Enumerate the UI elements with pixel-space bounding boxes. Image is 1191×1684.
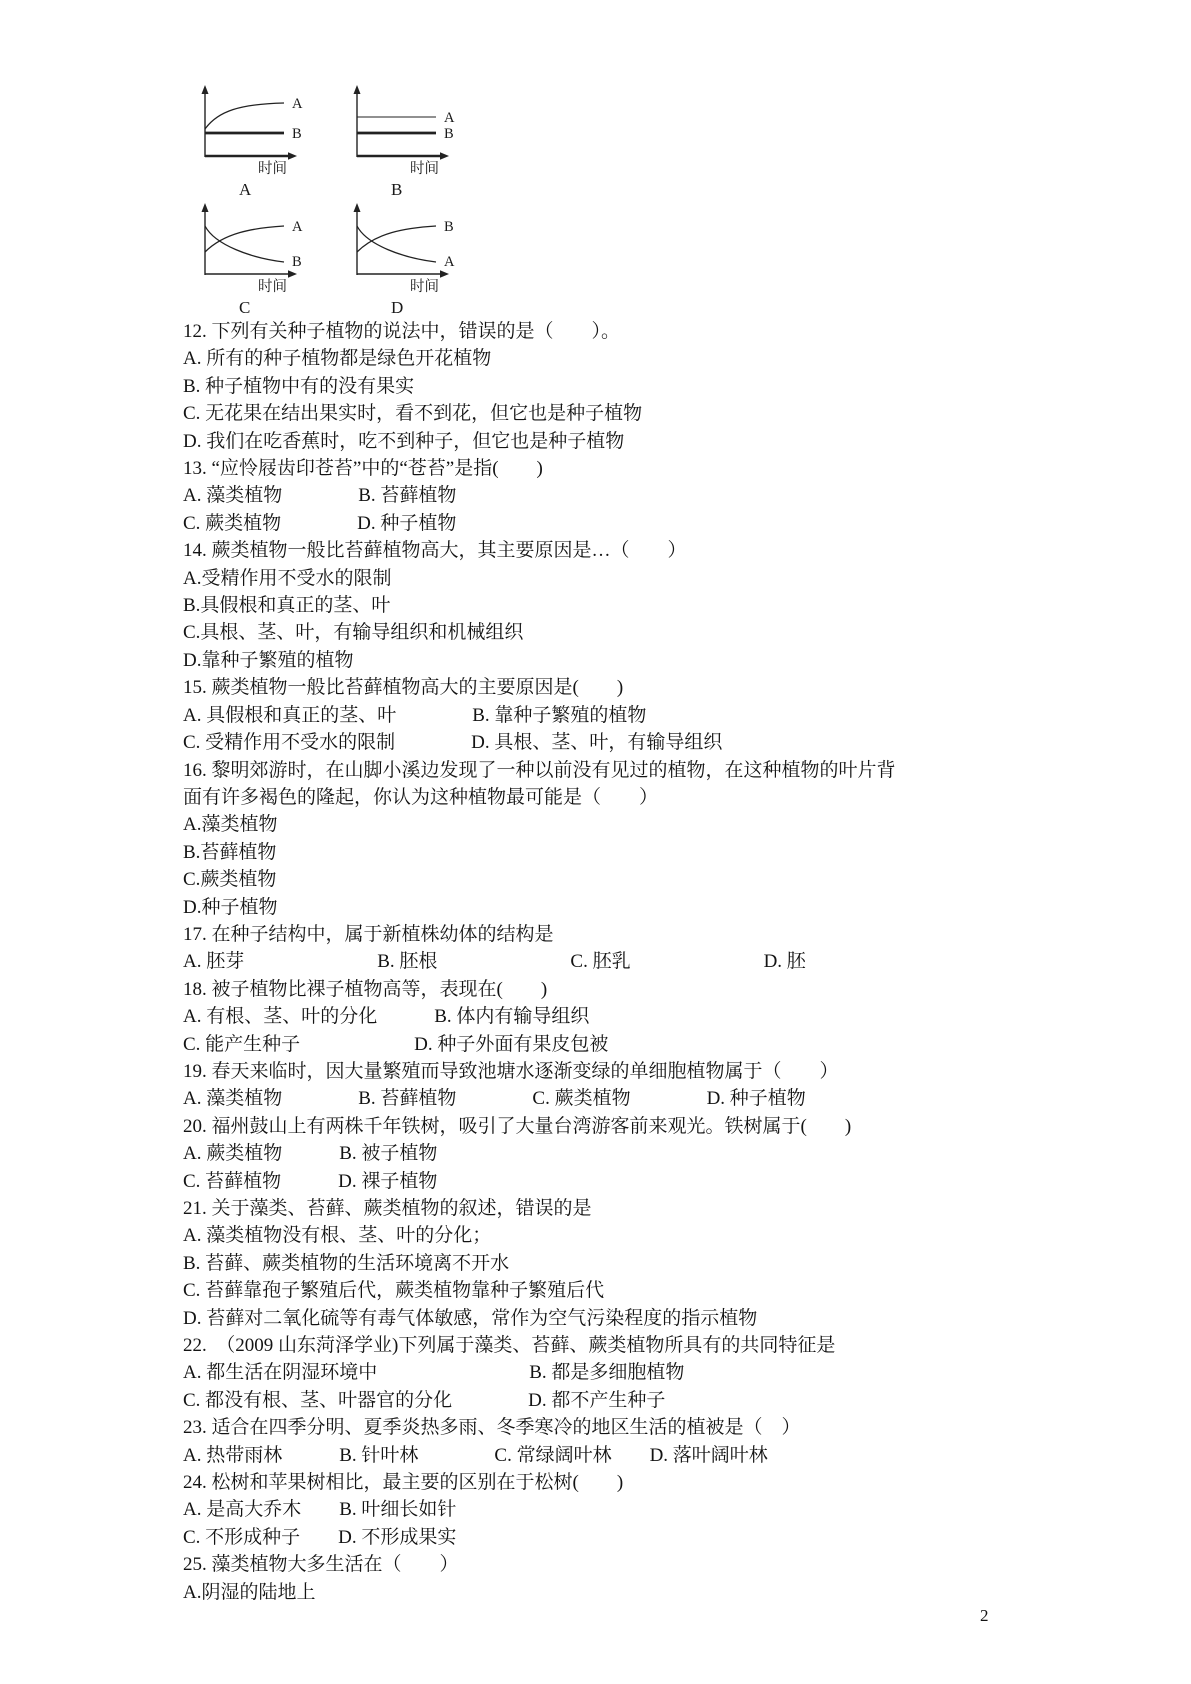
x-axis-arrow [440, 270, 449, 278]
option-line: C. 能产生种子 D. 种子外面有果皮包被 [183, 1031, 1023, 1058]
graph-letter: D [391, 298, 403, 317]
x-axis-label: 时间 [410, 278, 439, 295]
option-line: A. 蕨类植物 B. 被子植物 [183, 1140, 1023, 1167]
option-line: A. 胚芽 B. 胚根 C. 胚乳 D. 胚 [183, 948, 1023, 975]
option-line: A.阴湿的陆地上 [183, 1579, 1023, 1606]
question-15: 15. 蕨类植物一般比苔藓植物高大的主要原因是( ) A. 具假根和真正的茎、叶… [183, 674, 1023, 756]
question-18: 18. 被子植物比裸子植物高等，表现在( ) A. 有根、茎、叶的分化 B. 体… [183, 976, 1023, 1058]
question-stem: 17. 在种子结构中，属于新植株幼体的结构是 [183, 921, 1023, 948]
option-line: D.靠种子繁殖的植物 [183, 647, 1023, 674]
question-stem: 21. 关于藻类、苔藓、蕨类植物的叙述，错误的是 [183, 1195, 1023, 1222]
question-14: 14. 蕨类植物一般比苔藓植物高大，其主要原因是…（ ） A.受精作用不受水的限… [183, 537, 1023, 674]
curve-label: B [444, 219, 454, 235]
x-axis-arrow [288, 152, 297, 160]
figure-row-bottom: A B 时间 C B A 时间 D [196, 201, 500, 319]
option-line: A. 都生活在阴湿环境中 B. 都是多细胞植物 [183, 1359, 1023, 1386]
curve-label: B [292, 126, 302, 142]
question-stem: 19. 春天来临时，因大量繁殖而导致池塘水逐渐变绿的单细胞植物属于（ ） [183, 1058, 1023, 1085]
curve-label: B [292, 254, 302, 270]
curve-label: B [444, 126, 454, 142]
question-23: 23. 适合在四季分明、夏季炎热多雨、冬季寒冷的地区生活的植被是（ ） A. 热… [183, 1414, 1023, 1469]
option-line: A.受精作用不受水的限制 [183, 565, 1023, 592]
option-line: B.具假根和真正的茎、叶 [183, 592, 1023, 619]
curve-label: A [444, 110, 455, 126]
question-25: 25. 藻类植物大多生活在（ ） A.阴湿的陆地上 [183, 1551, 1023, 1606]
option-line: A. 藻类植物 B. 苔藓植物 C. 蕨类植物 D. 种子植物 [183, 1085, 1023, 1112]
option-line: A. 有根、茎、叶的分化 B. 体内有输导组织 [183, 1003, 1023, 1030]
growth-graph-c: A B 时间 C [196, 201, 311, 319]
curve-label: A [292, 96, 303, 112]
option-line: C.蕨类植物 [183, 866, 1023, 893]
option-line: B.苔藓植物 [183, 839, 1023, 866]
graph-letter: C [239, 298, 250, 317]
option-line: C. 苔藓靠孢子繁殖后代，蕨类植物靠种子繁殖后代 [183, 1277, 1023, 1304]
option-line: A. 藻类植物 B. 苔藓植物 [183, 482, 1023, 509]
curve-label: A [292, 219, 303, 235]
option-line: D. 苔藓对二氧化硫等有毒气体敏感，常作为空气污染程度的指示植物 [183, 1305, 1023, 1332]
question-list: 12. 下列有关种子植物的说法中，错误的是（ ）。 A. 所有的种子植物都是绿色… [183, 318, 1023, 1606]
x-axis-label: 时间 [410, 160, 439, 177]
option-line: B. 苔藓、蕨类植物的生活环境离不开水 [183, 1250, 1023, 1277]
option-line: A. 热带雨林 B. 针叶林 C. 常绿阔叶林 D. 落叶阔叶林 [183, 1442, 1023, 1469]
option-line: A. 所有的种子植物都是绿色开花植物 [183, 345, 1023, 372]
option-line: A. 具假根和真正的茎、叶 B. 靠种子繁殖的植物 [183, 702, 1023, 729]
question-stem: 20. 福州鼓山上有两株千年铁树，吸引了大量台湾游客前来观光。铁树属于( ) [183, 1113, 1023, 1140]
question-stem: 13. “应怜屐齿印苍苔”中的“苍苔”是指( ) [183, 455, 1023, 482]
exam-page: A B 时间 A A B 时间 B [0, 0, 1191, 1684]
question-20: 20. 福州鼓山上有两株千年铁树，吸引了大量台湾游客前来观光。铁树属于( ) A… [183, 1113, 1023, 1195]
option-line: D.种子植物 [183, 894, 1023, 921]
x-axis-arrow [288, 270, 297, 278]
question-stem: 23. 适合在四季分明、夏季炎热多雨、冬季寒冷的地区生活的植被是（ ） [183, 1414, 1023, 1441]
graph-letter: B [391, 180, 402, 199]
page-number: 2 [980, 1606, 989, 1626]
question-16: 16. 黎明郊游时，在山脚小溪边发现了一种以前没有见过的植物，在这种植物的叶片背… [183, 757, 1023, 921]
question-13: 13. “应怜屐齿印苍苔”中的“苍苔”是指( ) A. 藻类植物 B. 苔藓植物… [183, 455, 1023, 537]
option-line: C. 苔藓植物 D. 裸子植物 [183, 1168, 1023, 1195]
question-stem: 面有许多褐色的隆起，你认为这种植物最可能是（ ） [183, 784, 1023, 811]
option-line: C. 蕨类植物 D. 种子植物 [183, 510, 1023, 537]
question-stem: 12. 下列有关种子植物的说法中，错误的是（ ）。 [183, 318, 1023, 345]
growth-graph-d: B A 时间 D [348, 201, 463, 319]
question-21: 21. 关于藻类、苔藓、蕨类植物的叙述，错误的是 A. 藻类植物没有根、茎、叶的… [183, 1195, 1023, 1332]
question-stem: 16. 黎明郊游时，在山脚小溪边发现了一种以前没有见过的植物，在这种植物的叶片背 [183, 757, 1023, 784]
growth-graph-a: A B 时间 A [196, 83, 311, 201]
question-stem: 14. 蕨类植物一般比苔藓植物高大，其主要原因是…（ ） [183, 537, 1023, 564]
question-17: 17. 在种子结构中，属于新植株幼体的结构是 A. 胚芽 B. 胚根 C. 胚乳… [183, 921, 1023, 976]
option-line: D. 我们在吃香蕉时，吃不到种子，但它也是种子植物 [183, 428, 1023, 455]
figure-growth-graphs: A B 时间 A A B 时间 B [196, 83, 500, 319]
option-line: C.具根、茎、叶，有输导组织和机械组织 [183, 619, 1023, 646]
figure-row-top: A B 时间 A A B 时间 B [196, 83, 500, 201]
option-line: A. 是高大乔木 B. 叶细长如针 [183, 1496, 1023, 1523]
graph-letter: A [239, 180, 252, 199]
question-stem: 18. 被子植物比裸子植物高等，表现在( ) [183, 976, 1023, 1003]
question-stem: 15. 蕨类植物一般比苔藓植物高大的主要原因是( ) [183, 674, 1023, 701]
curve-a [205, 103, 284, 129]
x-axis-label: 时间 [258, 160, 287, 177]
x-axis-label: 时间 [258, 278, 287, 295]
question-22: 22. （2009 山东菏泽学业)下列属于藻类、苔藓、蕨类植物所具有的共同特征是… [183, 1332, 1023, 1414]
option-line: C. 不形成种子 D. 不形成果实 [183, 1524, 1023, 1551]
question-24: 24. 松树和苹果树相比，最主要的区别在于松树( ) A. 是高大乔木 B. 叶… [183, 1469, 1023, 1551]
option-line: A.藻类植物 [183, 811, 1023, 838]
question-stem: 24. 松树和苹果树相比，最主要的区别在于松树( ) [183, 1469, 1023, 1496]
option-line: A. 藻类植物没有根、茎、叶的分化； [183, 1222, 1023, 1249]
question-12: 12. 下列有关种子植物的说法中，错误的是（ ）。 A. 所有的种子植物都是绿色… [183, 318, 1023, 455]
question-stem: 25. 藻类植物大多生活在（ ） [183, 1551, 1023, 1578]
option-line: B. 种子植物中有的没有果实 [183, 373, 1023, 400]
question-stem: 22. （2009 山东菏泽学业)下列属于藻类、苔藓、蕨类植物所具有的共同特征是 [183, 1332, 1023, 1359]
growth-graph-b: A B 时间 B [348, 83, 463, 201]
x-axis-arrow [440, 152, 449, 160]
option-line: C. 无花果在结出果实时，看不到花，但它也是种子植物 [183, 400, 1023, 427]
option-line: C. 都没有根、茎、叶器官的分化 D. 都不产生种子 [183, 1387, 1023, 1414]
option-line: C. 受精作用不受水的限制 D. 具根、茎、叶，有输导组织 [183, 729, 1023, 756]
curve-label: A [444, 254, 455, 270]
question-19: 19. 春天来临时，因大量繁殖而导致池塘水逐渐变绿的单细胞植物属于（ ） A. … [183, 1058, 1023, 1113]
